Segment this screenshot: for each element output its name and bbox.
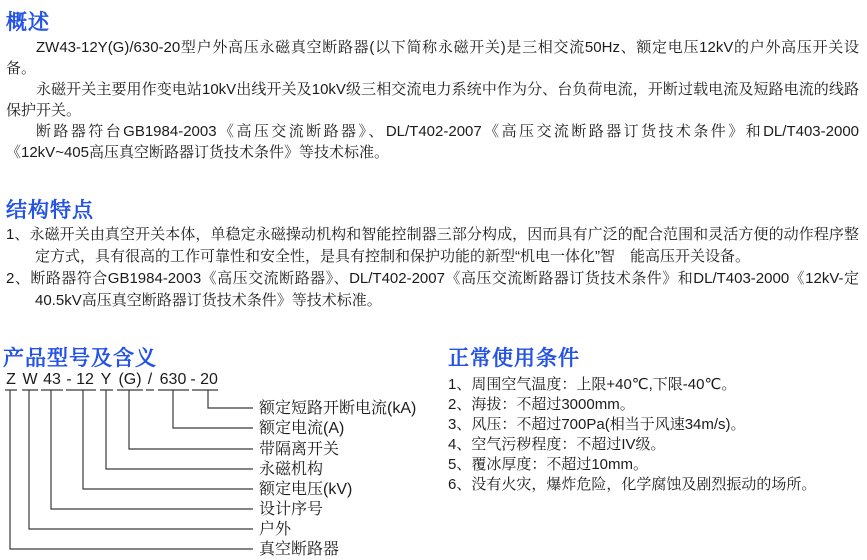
feature-item: 1、永磁开关由真空开关本体，单稳定永磁操动机构和智能控制器三部分构成，因而具有广… xyxy=(6,224,859,268)
item-number: 1、 xyxy=(448,376,471,393)
condition-item: 3、风压：不超过700Pa(相当于风速34m/s)。 xyxy=(448,415,860,435)
model-token: Y xyxy=(101,371,112,388)
model-connector xyxy=(173,390,253,428)
overview-paragraph: 断路器符台GB1984-2003《高压交流断路器》、DL/T402-2007《高… xyxy=(6,121,859,163)
model-token: 12 xyxy=(76,371,94,388)
item-text: 海拔：不超过3000mm。 xyxy=(471,396,634,413)
item-number: 2、 xyxy=(448,396,471,413)
model-connector xyxy=(208,390,253,408)
model-token: - xyxy=(66,371,71,388)
model-label: 额定短路开断电流(kA) xyxy=(259,399,416,417)
features-list: 1、永磁开关由真空开关本体，单稳定永磁操动机构和智能控制器三部分构成，因而具有广… xyxy=(6,224,859,312)
page-root: { "page": { "background": "#ffffff", "ac… xyxy=(0,0,867,560)
model-token: Z xyxy=(6,371,16,388)
model-token: W xyxy=(22,371,38,388)
condition-item: 5、覆冰厚度：不超过10mm。 xyxy=(448,455,860,475)
model-connector xyxy=(129,390,253,449)
model-diagram: Z W 43 - 12 Y (G) / 630 - 20 额定短路开断电流(kA… xyxy=(3,370,435,560)
condition-item: 6、没有火灾，爆炸危险，化学腐蚀及剧烈振动的场所。 xyxy=(448,475,860,495)
item-number: 5、 xyxy=(448,456,471,473)
item-number: 3、 xyxy=(448,416,471,433)
conditions-list: 1、周围空气温度：上限+40℃,下限-40℃。 2、海拔：不超过3000mm。 … xyxy=(448,375,860,495)
item-text: 风压：不超过700Pa(相当于风速34m/s)。 xyxy=(471,416,745,433)
model-token: (G) xyxy=(118,371,141,388)
model-token: 43 xyxy=(43,371,61,388)
item-number: 6、 xyxy=(448,476,471,493)
item-text: 没有火灾，爆炸危险，化学腐蚀及剧烈振动的场所。 xyxy=(471,476,816,493)
item-text: 永磁开关由真空开关本体，单稳定永磁操动机构和智能控制器三部分构成，因而具有广泛的… xyxy=(30,226,859,265)
model-connector xyxy=(29,390,253,529)
model-label: 设计序号 xyxy=(259,500,323,518)
model-token: - xyxy=(190,371,195,388)
section-title-model: 产品型号及含义 xyxy=(3,342,157,372)
section-title-overview: 概述 xyxy=(6,6,50,36)
item-text: 断路器符合GB1984-2003《高压交流断路器》、DL/T402-2007《高… xyxy=(30,270,859,309)
overview-paragraph: ZW43-12Y(G)/630-20型户外高压永磁真空断路器(以下简称永磁开关)… xyxy=(6,37,859,79)
item-text: 空气污秽程度：不超过IV级。 xyxy=(471,436,665,453)
item-number: 1、 xyxy=(6,226,30,243)
model-label: 带隔离开关 xyxy=(259,440,339,458)
model-token: 630 xyxy=(160,371,187,388)
section-title-conditions: 正常使用条件 xyxy=(448,342,580,372)
condition-item: 2、海拔：不超过3000mm。 xyxy=(448,395,860,415)
model-label: 额定电流(A) xyxy=(259,419,344,437)
model-label: 永磁机构 xyxy=(259,460,323,478)
overview-body: ZW43-12Y(G)/630-20型户外高压永磁真空断路器(以下简称永磁开关)… xyxy=(6,37,859,163)
model-label: 额定电压(kV) xyxy=(259,480,352,498)
condition-item: 1、周围空气温度：上限+40℃,下限-40℃。 xyxy=(448,375,860,395)
item-text: 周围空气温度：上限+40℃,下限-40℃。 xyxy=(471,376,736,393)
item-number: 2、 xyxy=(6,270,30,287)
model-label: 户外 xyxy=(259,520,292,538)
section-title-features: 结构特点 xyxy=(6,194,94,224)
model-token: 20 xyxy=(200,371,218,388)
model-token: / xyxy=(148,371,153,388)
item-number: 4、 xyxy=(448,436,471,453)
model-connector xyxy=(83,390,253,489)
model-connector xyxy=(106,390,253,469)
condition-item: 4、空气污秽程度：不超过IV级。 xyxy=(448,435,860,455)
model-label: 真空断路器 xyxy=(259,539,339,558)
item-text: 覆冰厚度：不超过10mm。 xyxy=(471,456,648,473)
feature-item: 2、断路器符合GB1984-2003《高压交流断路器》、DL/T402-2007… xyxy=(6,268,859,312)
overview-paragraph: 永磁开关主要用作变电站10kV出线开关及10kV级三相交流电力系统中作为分、台负… xyxy=(6,79,859,121)
